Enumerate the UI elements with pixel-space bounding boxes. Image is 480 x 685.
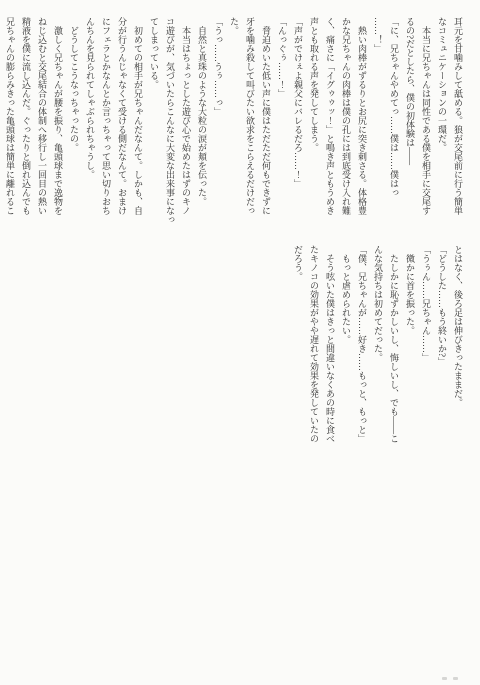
band1-line-8: かな兄ちゃんの肉棒は僕の孔には到底受け入れ難 xyxy=(338,17,354,225)
band1-line-17: 自然と真珠のような大粒の涙が頬を伝った。 xyxy=(194,17,210,225)
band2-line-7: 「僕、兄ちゃんが……好き……もっと、もっと」 xyxy=(354,245,370,453)
band1-line-9: く、痛さに「イグゥゥッ！」と鳴き声ともうめき xyxy=(322,17,338,225)
band2-line-3: 「うぅん……兄ちゃん……」 xyxy=(418,245,434,453)
band1-line-14: 牙を噛み殺して叫びたい欲求をこらえるだけだっ xyxy=(242,17,258,225)
band1-line-4: るの?だとしたら、僕の初体験は―― xyxy=(402,17,418,225)
band1-line-26: 激しく兄ちゃんが腰を振り、亀頭球まで逸物を xyxy=(50,17,66,225)
band1-line-3: 本当に兄ちゃんは同性である僕を相手に交尾す xyxy=(418,17,434,225)
band1-line-27: ねじ込むと交尾結合の体制へ移行し一回目の熱い xyxy=(34,17,50,225)
band1-line-16: 「うっ……うぅ……っ」 xyxy=(210,17,226,225)
band1-line-28: 精液を僕に流し込んだ。ぐったりと倒れ込んでも xyxy=(18,17,34,225)
band1-line-12: 「んっぐぅ……！」 xyxy=(274,17,290,225)
band1-line-1: 耳元を甘噛みして舐める。狼が交尾前に行う簡単 xyxy=(450,17,466,225)
band1-line-10: 声とも取れる声を発してしまう。 xyxy=(306,17,322,225)
band2-line-11: だろう。 xyxy=(290,245,306,453)
band1-line-29: 兄ちゃんの膨らみきった亀頭球は簡単に離れるこ xyxy=(2,17,18,225)
band2-line-10: たキノコの効果がやや遅れて効果を発していたの xyxy=(306,245,322,453)
page-number-mark xyxy=(442,676,458,680)
band1-line-15: た。 xyxy=(226,17,242,225)
band2-line-4: 微かに首を振った。 xyxy=(402,245,418,453)
text-band-1: 耳元を甘噛みして舐める。狼が交尾前に行う簡単なコミュニケーションの一環だ。本当に… xyxy=(2,17,466,225)
band2-line-2: 「どうした……もう終いか?」 xyxy=(434,245,450,453)
page-number-mark-left xyxy=(442,677,447,680)
band1-line-2: なコミュニケーションの一環だ。 xyxy=(434,17,450,225)
band1-line-6: ……！」 xyxy=(370,17,386,225)
band2-line-9: そう呟いた僕はきっと間違いなくあの時に食べ xyxy=(322,245,338,453)
band1-line-18: 本当はちょっとした遊び心で始めたはずのキノ xyxy=(178,17,194,225)
band1-line-20: てしまっている。 xyxy=(146,17,162,225)
band1-line-5: 「に、兄ちゃんやめてっ……僕は……僕はっ xyxy=(386,17,402,225)
band1-line-23: にフェラとかなんとか言っちゃって思い切りおち xyxy=(98,17,114,225)
band1-line-13: 脅迫めいた低い声に僕はただただ何もできずに xyxy=(258,17,274,225)
band2-line-1: とはなく、後ろ足は伸びきったままだ。 xyxy=(450,245,466,453)
band2-line-6: んな気持ちは初めてだった。 xyxy=(370,245,386,453)
band1-line-7: 熱い肉棒がずるりとお尻に突き刺さる。体格豊 xyxy=(354,17,370,225)
text-band-2: とはなく、後ろ足は伸びきったままだ。「どうした……もう終いか?」「うぅん……兄ち… xyxy=(290,245,466,453)
book-page: 耳元を甘噛みして舐める。狼が交尾前に行う簡単なコミュニケーションの一環だ。本当に… xyxy=(0,0,480,685)
band2-line-5: たしかに恥ずかしいし、悔しいし、でも――こ xyxy=(386,245,402,453)
band1-line-19: コ遊びが、気づいたらこんなに大変な出来事になっ xyxy=(162,17,178,225)
band1-line-25: どうしてこうなっちゃったの。 xyxy=(66,17,82,225)
band1-line-21: 初めての相手が兄ちゃんだなんて。しかも、自 xyxy=(130,17,146,225)
band1-line-22: 分が行うんじゃなくて受ける側だなんて。おまけ xyxy=(114,17,130,225)
band1-line-24: んちんを見られてしゃぶられちゃうし。 xyxy=(82,17,98,225)
band1-line-11: 「声がでけぇよ親父にバレるだろ……！」 xyxy=(290,17,306,225)
page-number-mark-right xyxy=(453,677,458,680)
band2-line-8: もっと虐められたい。 xyxy=(338,245,354,453)
